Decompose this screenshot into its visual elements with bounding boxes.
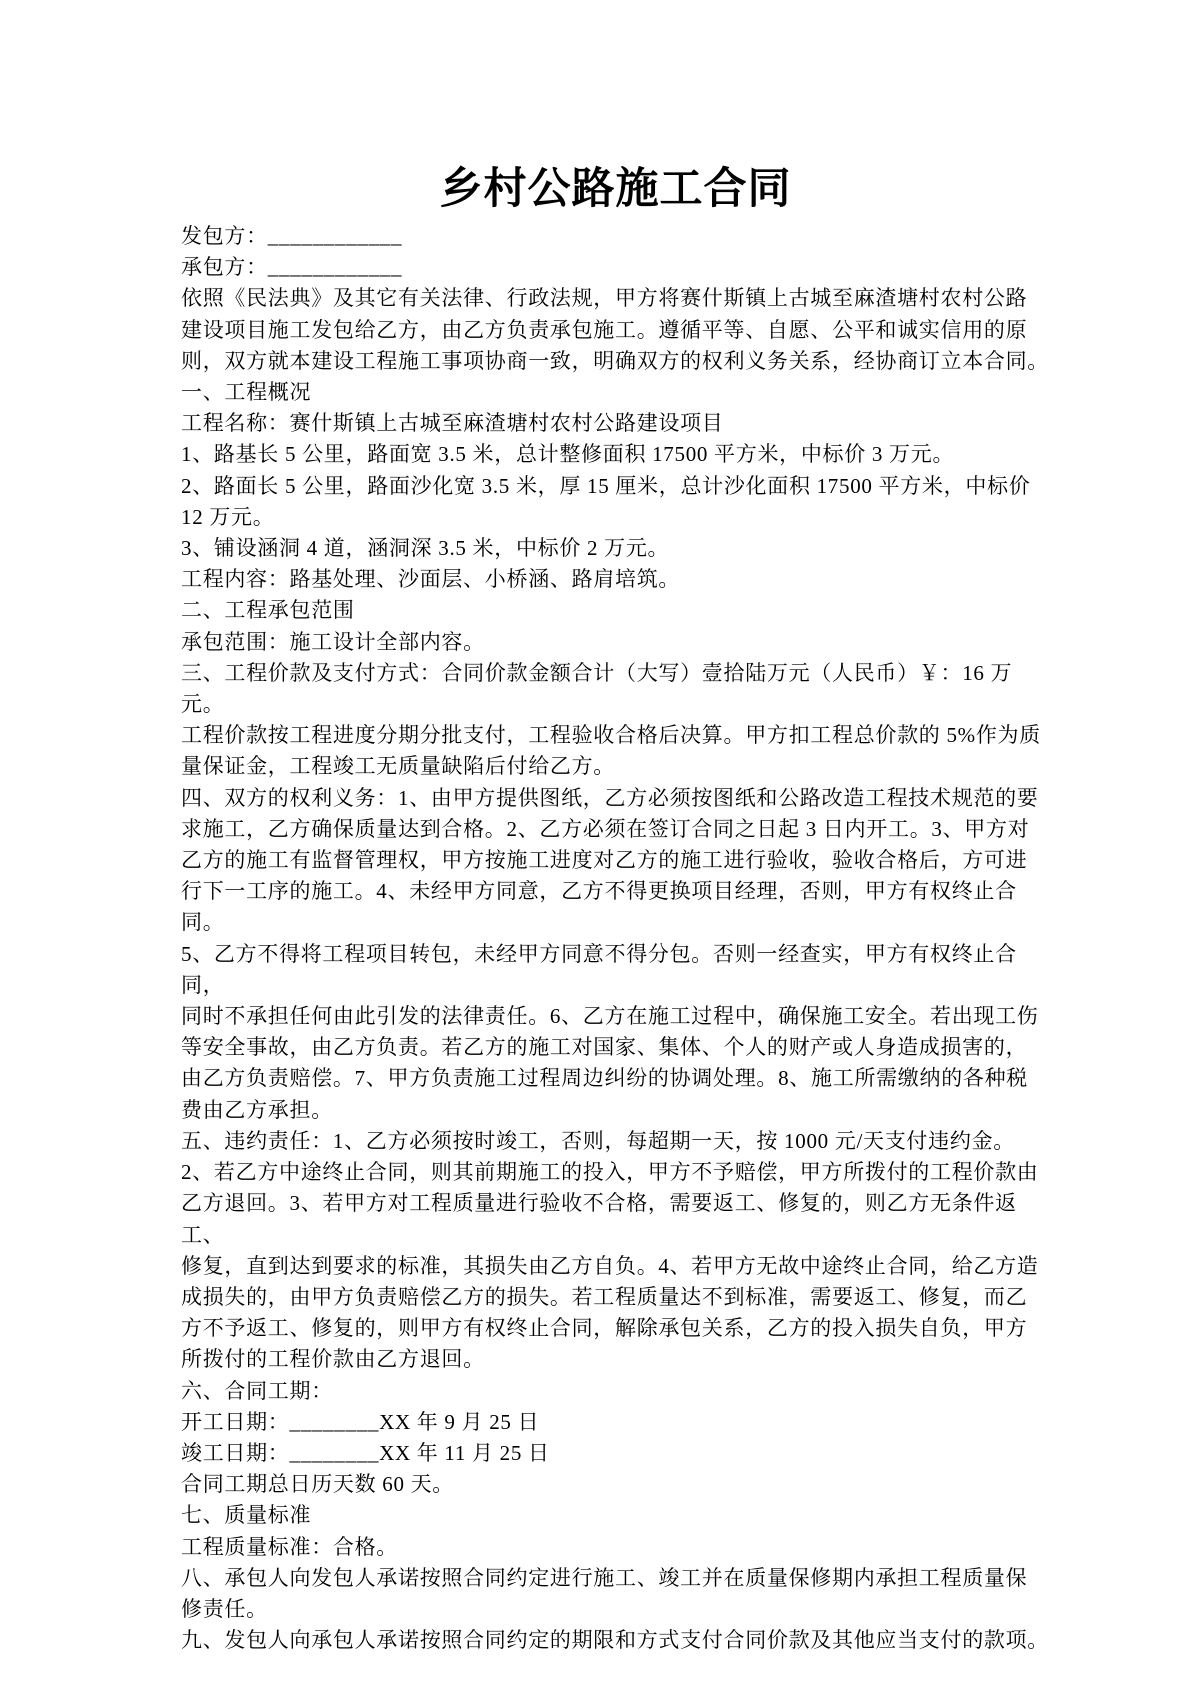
text-line: 同时不承担任何由此引发的法律责任。6、乙方在施工过程中，确保施工安全。若出现工伤 <box>181 1001 1050 1032</box>
text-line: 五、违约责任：1、乙方必须按时竣工，否则，每超期一天，按 1000 元/天支付违… <box>181 1126 1050 1157</box>
text-line: 六、合同工期： <box>181 1376 1050 1407</box>
document-title: 乡村公路施工合同 <box>181 165 1050 215</box>
text-line: 乙方退回。3、若甲方对工程质量进行验收不合格，需要返工、修复的，则乙方无条件返工… <box>181 1188 1050 1250</box>
text-line: 工程质量标准：合格。 <box>181 1532 1050 1563</box>
text-line: 七、质量标准 <box>181 1500 1050 1531</box>
text-line: 依照《民法典》及其它有关法律、行政法规，甲方将赛什斯镇上古城至麻渣塘村农村公路 <box>181 283 1050 314</box>
text-line: 竣工日期：________XX 年 11 月 25 日 <box>181 1438 1050 1469</box>
text-line: 一、工程概况 <box>181 377 1050 408</box>
text-line: 工程内容：路基处理、沙面层、小桥涵、路肩培筑。 <box>181 564 1050 595</box>
text-line: 承包方：____________ <box>181 252 1050 283</box>
text-line: 12 万元。 <box>181 502 1050 533</box>
document-content: 乡村公路施工合同 发包方：____________承包方：___________… <box>181 165 1050 1656</box>
text-line: 三、工程价款及支付方式：合同价款金额合计（大写）壹拾陆万元（人民币）￥：16 万… <box>181 658 1050 720</box>
text-line: 3、铺设涵洞 4 道，涵洞深 3.5 米，中标价 2 万元。 <box>181 533 1050 564</box>
text-line: 合同工期总日历天数 60 天。 <box>181 1469 1050 1500</box>
text-line: 所拨付的工程价款由乙方退回。 <box>181 1344 1050 1375</box>
text-line: 修复，直到达到要求的标准，其损失由乙方自负。4、若甲方无故中途终止合同，给乙方造 <box>181 1251 1050 1282</box>
text-line: 工程名称：赛什斯镇上古城至麻渣塘村农村公路建设项目 <box>181 408 1050 439</box>
text-line: 乙方的施工有监督管理权，甲方按施工进度对乙方的施工进行验收，验收合格后，方可进 <box>181 845 1050 876</box>
text-line: 则，双方就本建设工程施工事项协商一致，明确双方的权利义务关系，经协商订立本合同。 <box>181 346 1050 377</box>
text-line: 二、工程承包范围 <box>181 595 1050 626</box>
text-line: 5、乙方不得将工程项目转包，未经甲方同意不得分包。否则一经查实，甲方有权终止合同… <box>181 939 1050 1001</box>
text-line: 修责任。 <box>181 1594 1050 1625</box>
text-line: 成损失的，由甲方负责赔偿乙方的损失。若工程质量达不到标准，需要返工、修复，而乙 <box>181 1282 1050 1313</box>
text-line: 发包方：____________ <box>181 221 1050 252</box>
text-line: 费由乙方承担。 <box>181 1095 1050 1126</box>
text-line: 八、承包人向发包人承诺按照合同约定进行施工、竣工并在质量保修期内承担工程质量保 <box>181 1563 1050 1594</box>
text-line: 四、双方的权利义务：1、由甲方提供图纸，乙方必须按图纸和公路改造工程技术规范的要 <box>181 783 1050 814</box>
text-line: 2、路面长 5 公里，路面沙化宽 3.5 米，厚 15 厘米，总计沙化面积 17… <box>181 471 1050 502</box>
text-line: 1、路基长 5 公里，路面宽 3.5 米，总计整修面积 17500 平方米，中标… <box>181 439 1050 470</box>
text-line: 行下一工序的施工。4、未经甲方同意，乙方不得更换项目经理，否则，甲方有权终止合同… <box>181 876 1050 938</box>
text-line: 九、发包人向承包人承诺按照合同约定的期限和方式支付合同价款及其他应当支付的款项。 <box>181 1625 1050 1656</box>
document-page: 乡村公路施工合同 发包方：____________承包方：___________… <box>0 0 1190 1683</box>
text-line: 建设项目施工发包给乙方，由乙方负责承包施工。遵循平等、自愿、公平和诚实信用的原 <box>181 315 1050 346</box>
text-line: 工程价款按工程进度分期分批支付，工程验收合格后决算。甲方扣工程总价款的 5%作为… <box>181 720 1050 751</box>
document-body: 发包方：____________承包方：____________依照《民法典》及… <box>181 221 1050 1656</box>
text-line: 等安全事故，由乙方负责。若乙方的施工对国家、集体、个人的财产或人身造成损害的， <box>181 1032 1050 1063</box>
text-line: 承包范围：施工设计全部内容。 <box>181 627 1050 658</box>
text-line: 求施工，乙方确保质量达到合格。2、乙方必须在签订合同之日起 3 日内开工。3、甲… <box>181 814 1050 845</box>
text-line: 由乙方负责赔偿。7、甲方负责施工过程周边纠纷的协调处理。8、施工所需缴纳的各种税 <box>181 1063 1050 1094</box>
text-line: 开工日期：________XX 年 9 月 25 日 <box>181 1407 1050 1438</box>
text-line: 方不予返工、修复的，则甲方有权终止合同，解除承包关系，乙方的投入损失自负，甲方 <box>181 1313 1050 1344</box>
text-line: 量保证金，工程竣工无质量缺陷后付给乙方。 <box>181 751 1050 782</box>
text-line: 2、若乙方中途终止合同，则其前期施工的投入，甲方不予赔偿，甲方所拨付的工程价款由 <box>181 1157 1050 1188</box>
